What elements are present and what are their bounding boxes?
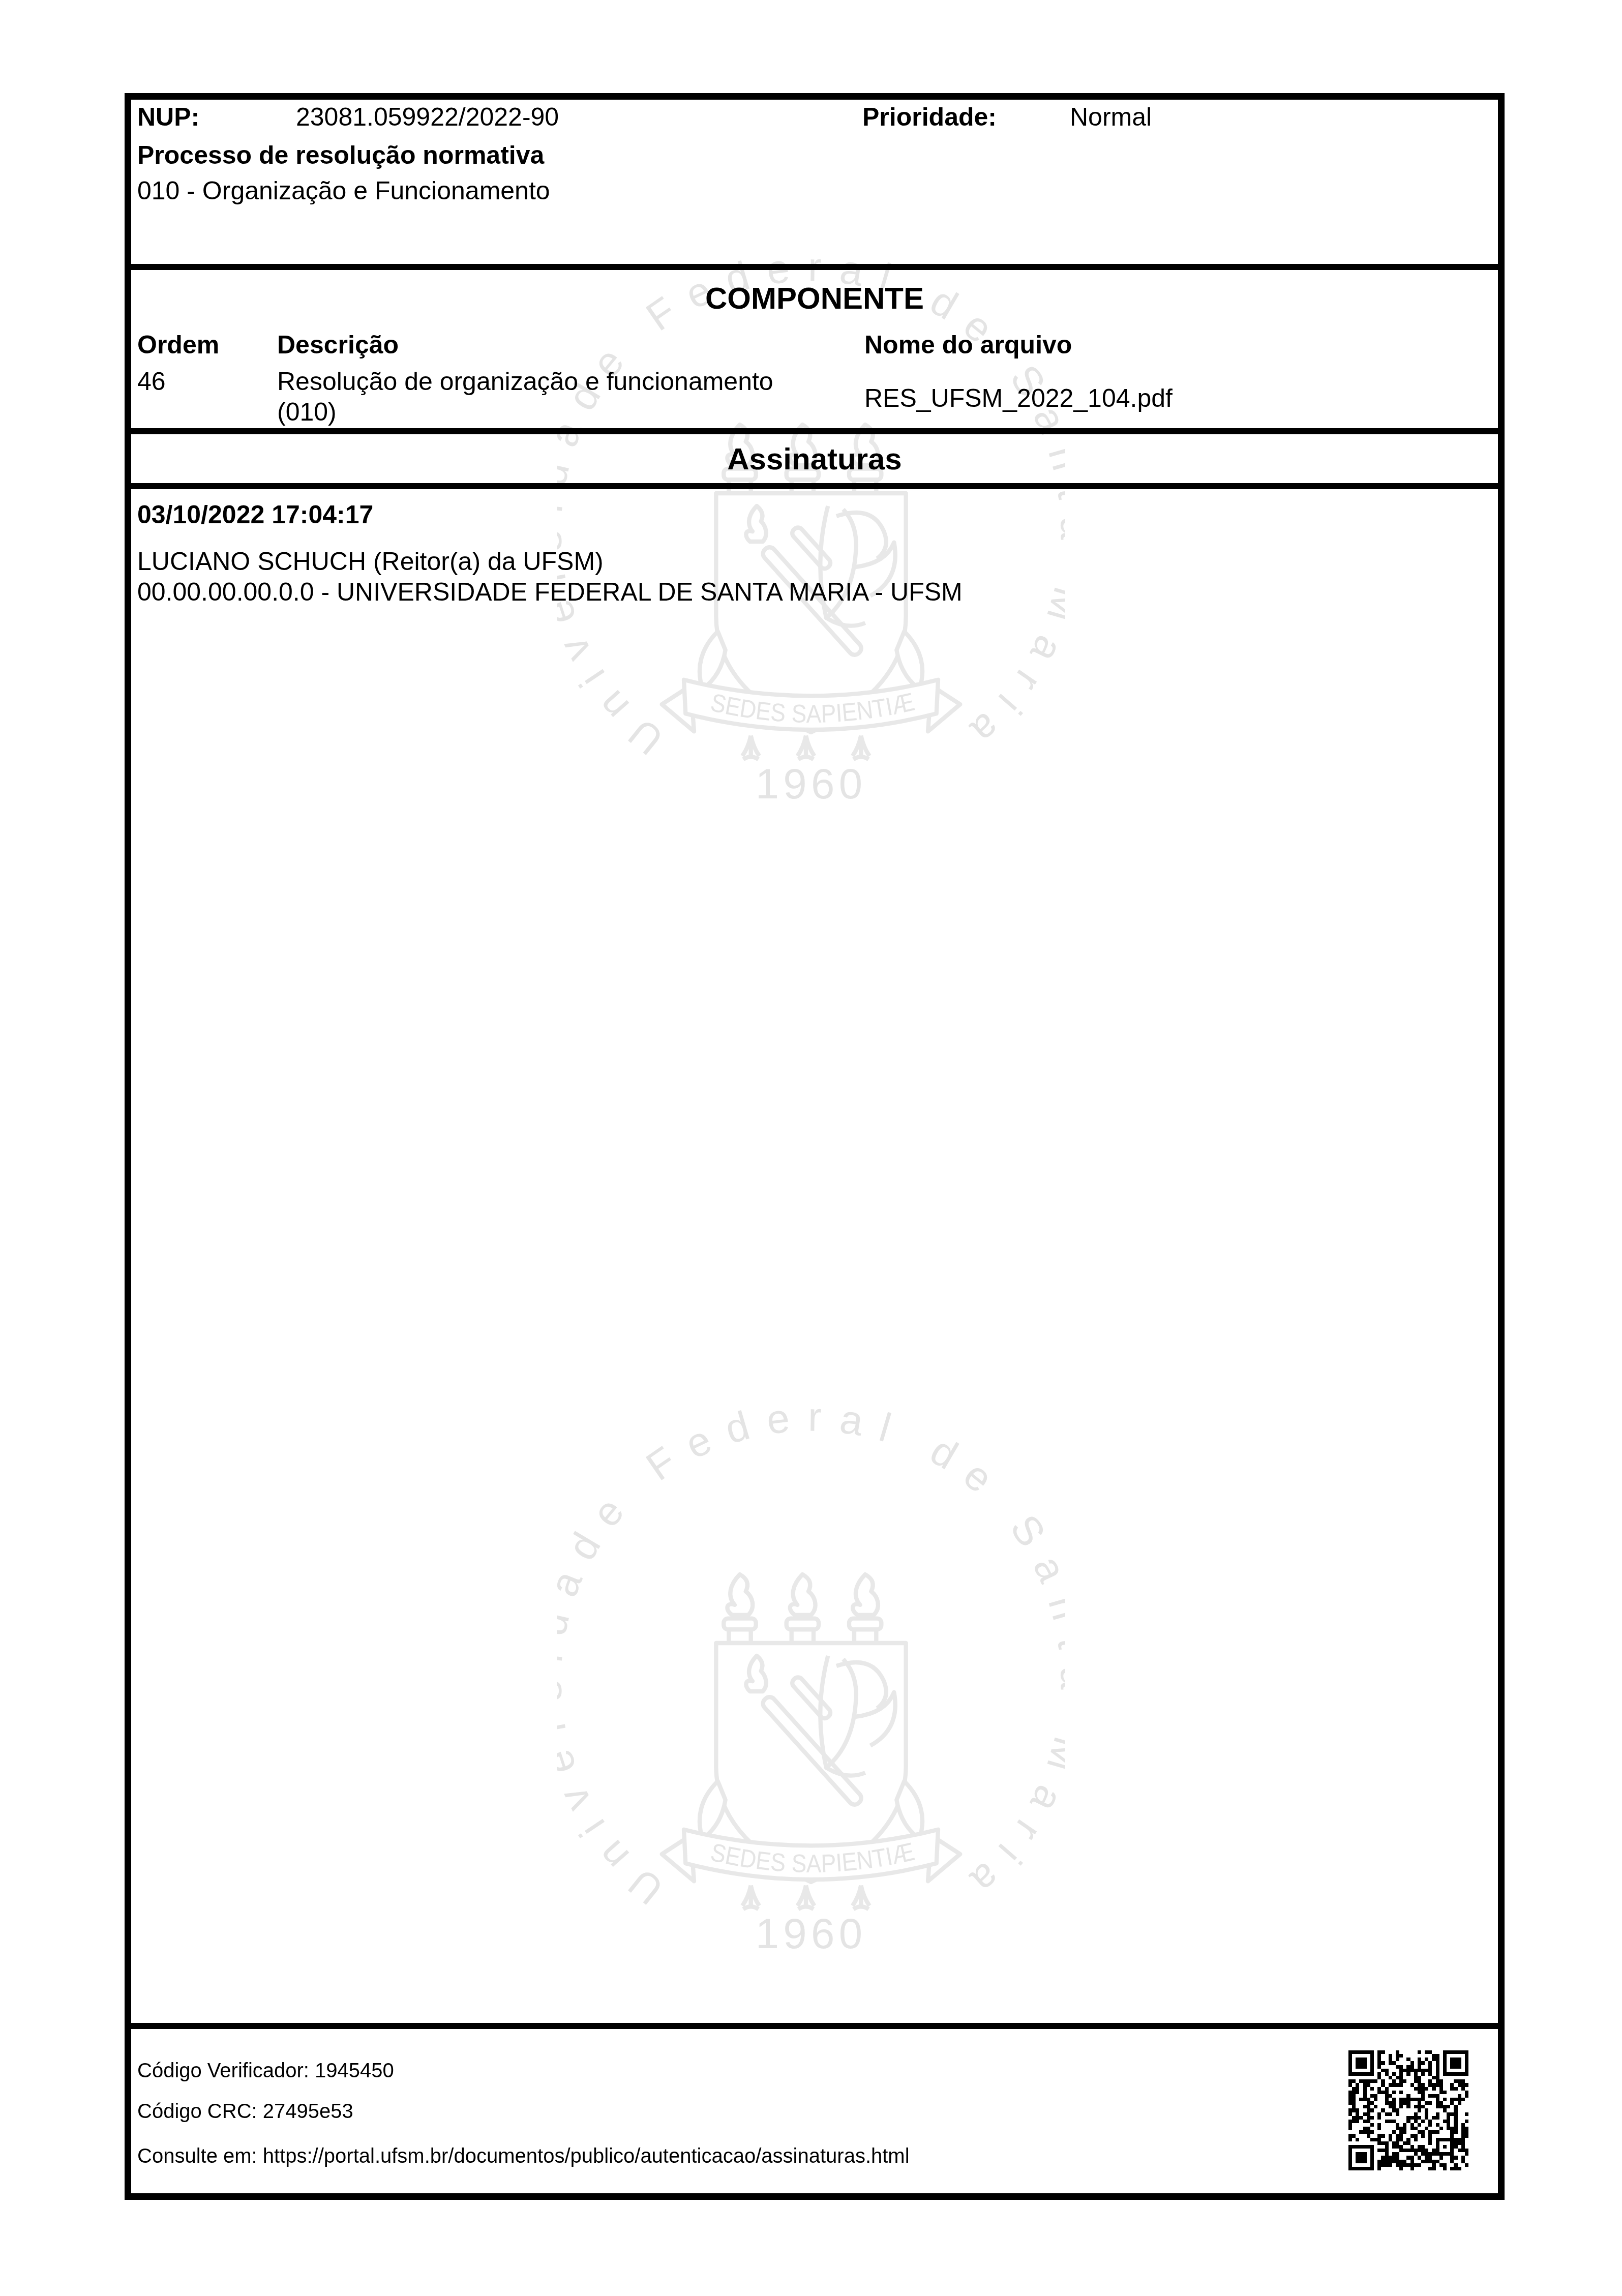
document-page: Universidade Federal de Santa Maria SEDE…: [0, 0, 1622, 2296]
classification-text: 010 - Organização e Funcionamento: [137, 175, 550, 206]
section-verification-footer: Código Verificador: 1945450 Código CRC: …: [131, 2029, 1498, 2193]
section-process-header: NUP: 23081.059922/2022-90 Prioridade: No…: [131, 100, 1498, 270]
crc-code-text: Código CRC: 27495e53: [137, 2098, 353, 2125]
verifier-code-text: Código Verificador: 1945450: [137, 2058, 394, 2084]
cell-arquivo: RES_UFSM_2022_104.pdf: [864, 383, 1173, 413]
section-signatures: 03/10/2022 17:04:17 LUCIANO SCHUCH (Reit…: [131, 489, 1498, 2029]
qr-code: [1348, 2050, 1468, 2170]
signature-signer: LUCIANO SCHUCH (Reitor(a) da UFSM): [137, 546, 604, 577]
process-type-text: Processo de resolução normativa: [137, 140, 544, 170]
componente-title: COMPONENTE: [131, 280, 1498, 317]
priority-label: Prioridade:: [862, 102, 997, 132]
nup-label: NUP:: [137, 102, 199, 132]
section-assinaturas-bar: Assinaturas: [131, 434, 1498, 489]
cell-descricao: Resolução de organização e funcionamento…: [277, 366, 836, 427]
consult-url-text: Consulte em: https://portal.ufsm.br/docu…: [137, 2143, 910, 2169]
column-header-descricao: Descrição: [277, 330, 399, 360]
cell-ordem: 46: [137, 366, 166, 397]
section-componente: COMPONENTE Ordem Descrição Nome do arqui…: [131, 270, 1498, 434]
document-frame: NUP: 23081.059922/2022-90 Prioridade: No…: [125, 93, 1505, 2200]
assinaturas-title: Assinaturas: [131, 441, 1498, 478]
signature-organization: 00.00.00.00.0.0 - UNIVERSIDADE FEDERAL D…: [137, 577, 963, 607]
signature-datetime: 03/10/2022 17:04:17: [137, 499, 373, 530]
priority-value: Normal: [1070, 102, 1152, 132]
column-header-arquivo: Nome do arquivo: [864, 330, 1072, 360]
column-header-ordem: Ordem: [137, 330, 219, 360]
nup-value: 23081.059922/2022-90: [296, 102, 559, 132]
